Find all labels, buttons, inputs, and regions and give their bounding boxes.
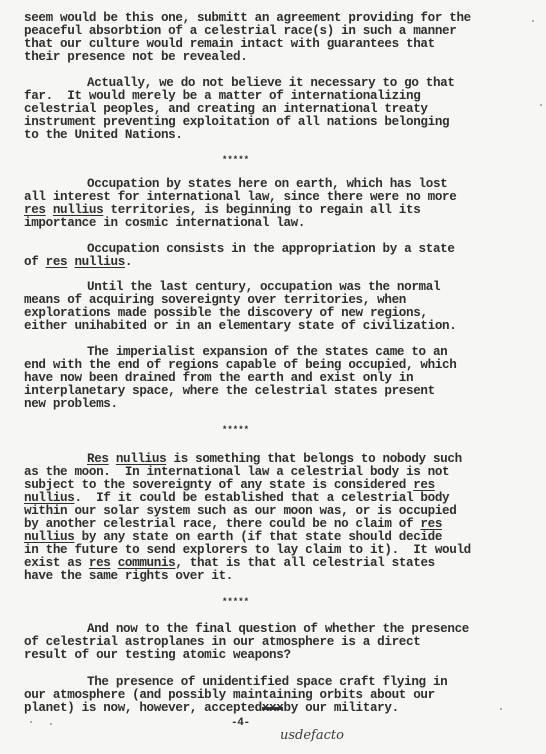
- text-line: to the United Nations.: [24, 129, 183, 142]
- struck-out-word: xxx: [262, 702, 284, 715]
- text-fragment: planet) is now, however, accepted: [24, 701, 262, 715]
- scan-speck: [540, 104, 542, 106]
- section-separator: *****: [222, 425, 249, 435]
- handwritten-annotation: usdefacto: [280, 728, 344, 743]
- text-line: their presence not be revealed.: [24, 51, 247, 64]
- text-line: Occupation consists in the appropriation…: [87, 243, 455, 256]
- text-line: of res nullius.: [24, 256, 132, 269]
- text-line: importance in cosmic international law.: [24, 217, 305, 230]
- page-number: -4-: [231, 717, 250, 729]
- text-line-with-correction: planet) is now, however, acceptedxxxby o…: [24, 702, 399, 715]
- text-line: either unihabited or in an elementary st…: [24, 320, 456, 333]
- text-line: have the same rights over it.: [24, 570, 233, 583]
- text-line: new problems.: [24, 398, 118, 411]
- scan-speck: [50, 723, 52, 725]
- text-line: result of our testing atomic weapons?: [24, 649, 291, 662]
- document-page: seem would be this one, submitt an agree…: [0, 0, 546, 754]
- section-separator: *****: [222, 597, 249, 607]
- scan-speck: [532, 20, 534, 22]
- text-fragment: by our military.: [283, 701, 398, 715]
- section-separator: *****: [222, 155, 249, 165]
- scan-speck: [500, 708, 502, 710]
- scan-speck: [30, 721, 32, 723]
